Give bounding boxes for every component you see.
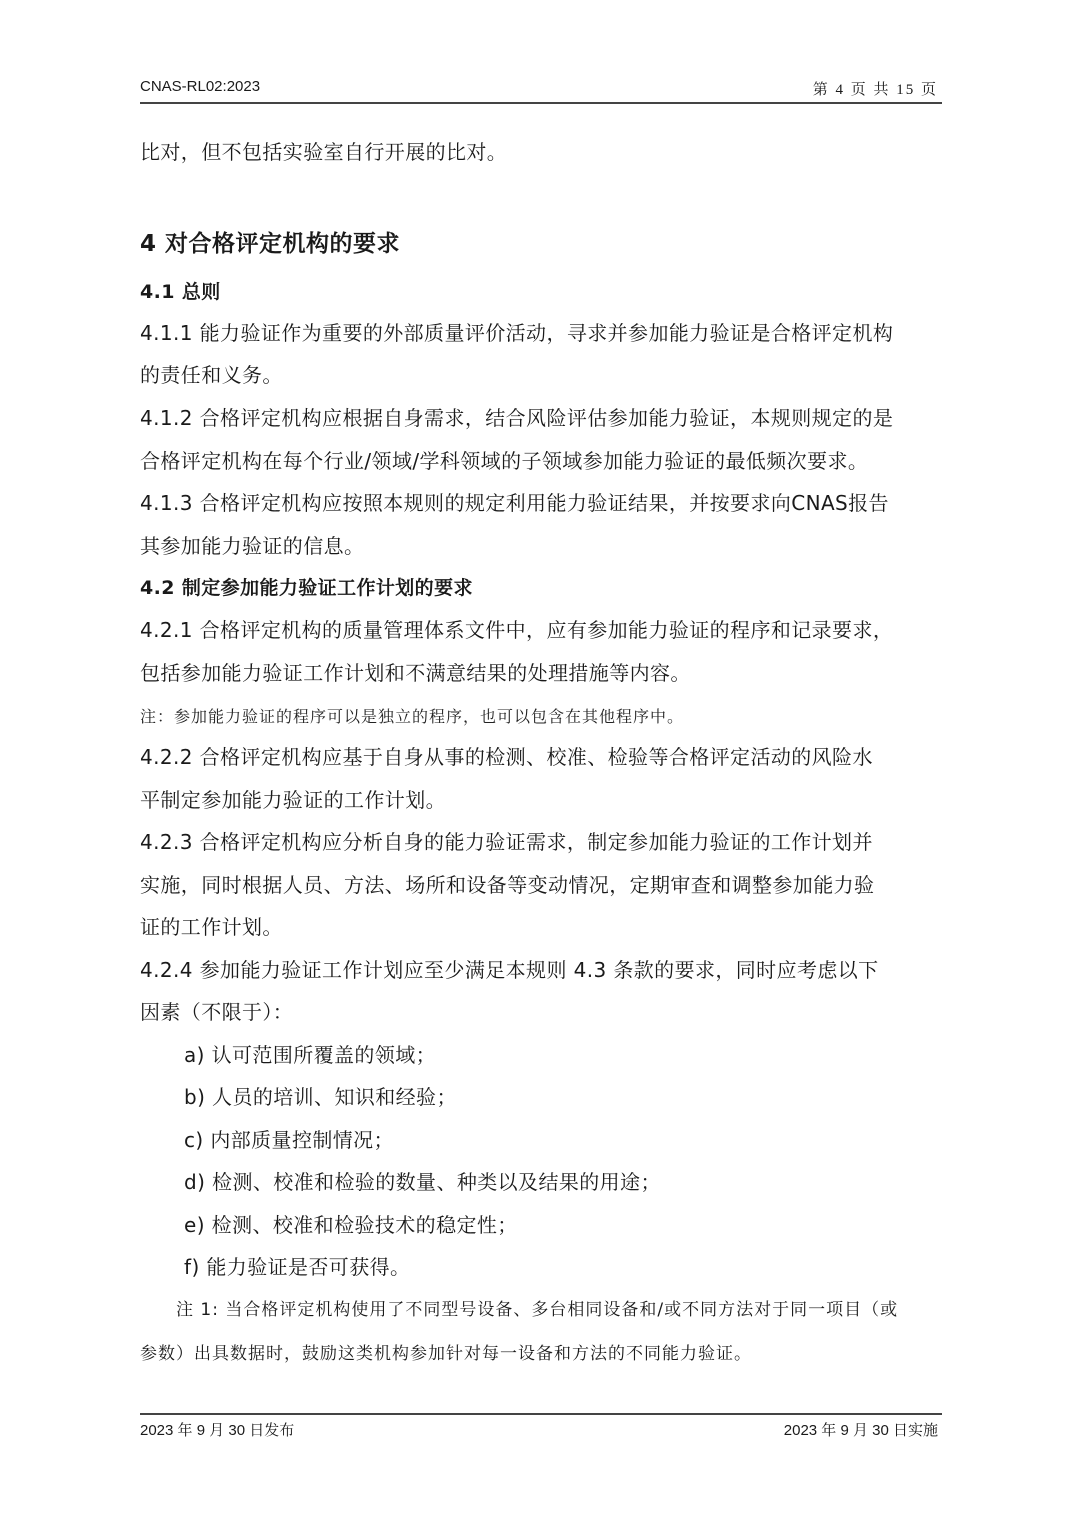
clause-4-2-4-line-1: 4.2.4 参加能力验证工作计划应至少满足本规则 4.3 条款的要求，同时应考虑…	[140, 958, 879, 982]
note-1-line-2: 参数）出具数据时，鼓励这类机构参加针对每一设备和方法的不同能力验证。	[140, 1342, 752, 1366]
clause-4-1-3-line-1: 4.1.3 合格评定机构应按照本规则的规定利用能力验证结果，并按要求向CNAS报…	[140, 491, 889, 515]
page-number: 第 4 页 共 15 页	[813, 78, 938, 99]
page-header: CNAS-RL02:2023 第 4 页 共 15 页	[140, 74, 942, 104]
list-item-c: c) 内部质量控制情况；	[184, 1128, 394, 1152]
clause-4-2-2-line-2: 平制定参加能力验证的工作计划。	[140, 788, 446, 812]
implementation-date: 2023 年 9 月 30 日实施	[784, 1419, 938, 1440]
list-item-d: d) 检测、校准和检验的数量、种类以及结果的用途；	[184, 1170, 661, 1194]
list-item-a: a) 认可范围所覆盖的领域；	[184, 1043, 436, 1067]
section-4-2-heading: 4.2 制定参加能力验证工作计划的要求	[140, 576, 473, 600]
clause-4-1-2-line-1: 4.1.2 合格评定机构应根据自身需求，结合风险评估参加能力验证，本规则规定的是	[140, 406, 893, 430]
list-item-f: f) 能力验证是否可获得。	[184, 1255, 410, 1279]
clause-4-1-1-line-2: 的责任和义务。	[140, 363, 283, 387]
clause-4-2-2-line-1: 4.2.2 合格评定机构应基于自身从事的检测、校准、检验等合格评定活动的风险水	[140, 745, 873, 769]
clause-4-2-1-line-1: 4.2.1 合格评定机构的质量管理体系文件中，应有参加能力验证的程序和记录要求，	[140, 618, 893, 642]
note-1-line-1: 注 1: 当合格评定机构使用了不同型号设备、多台相同设备和/或不同方法对于同一项…	[176, 1298, 898, 1322]
clause-4-1-3-line-2: 其参加能力验证的信息。	[140, 534, 364, 558]
clause-4-2-4-line-2: 因素（不限于）：	[140, 1000, 293, 1024]
publish-date: 2023 年 9 月 30 日发布	[140, 1419, 294, 1440]
continuation-text: 比对，但不包括实验室自行开展的比对。	[140, 140, 507, 164]
clause-4-2-1-line-2: 包括参加能力验证工作计划和不满意结果的处理措施等内容。	[140, 661, 691, 685]
list-item-e: e) 检测、校准和检验技术的稳定性；	[184, 1213, 518, 1237]
clause-4-1-2-line-2: 合格评定机构在每个行业/领域/学科领域的子领域参加能力验证的最低频次要求。	[140, 449, 868, 473]
clause-4-2-3-line-3: 证的工作计划。	[140, 915, 283, 939]
document-code: CNAS-RL02:2023	[140, 78, 260, 95]
clause-4-1-1-line-1: 4.1.1 能力验证作为重要的外部质量评价活动，寻求并参加能力验证是合格评定机构	[140, 321, 893, 345]
clause-4-2-3-line-1: 4.2.3 合格评定机构应分析自身的能力验证需求，制定参加能力验证的工作计划并	[140, 830, 873, 854]
clause-4-2-1-note: 注：参加能力验证的程序可以是独立的程序，也可以包含在其他程序中。	[140, 705, 684, 729]
section-4-heading: 4 对合格评定机构的要求	[140, 232, 400, 256]
clause-4-2-3-line-2: 实施，同时根据人员、方法、场所和设备等变动情况，定期审查和调整参加能力验	[140, 873, 874, 897]
list-item-b: b) 人员的培训、知识和经验；	[184, 1085, 457, 1109]
section-4-1-heading: 4.1 总则	[140, 280, 221, 304]
page-footer: 2023 年 9 月 30 日发布 2023 年 9 月 30 日实施	[140, 1413, 942, 1443]
